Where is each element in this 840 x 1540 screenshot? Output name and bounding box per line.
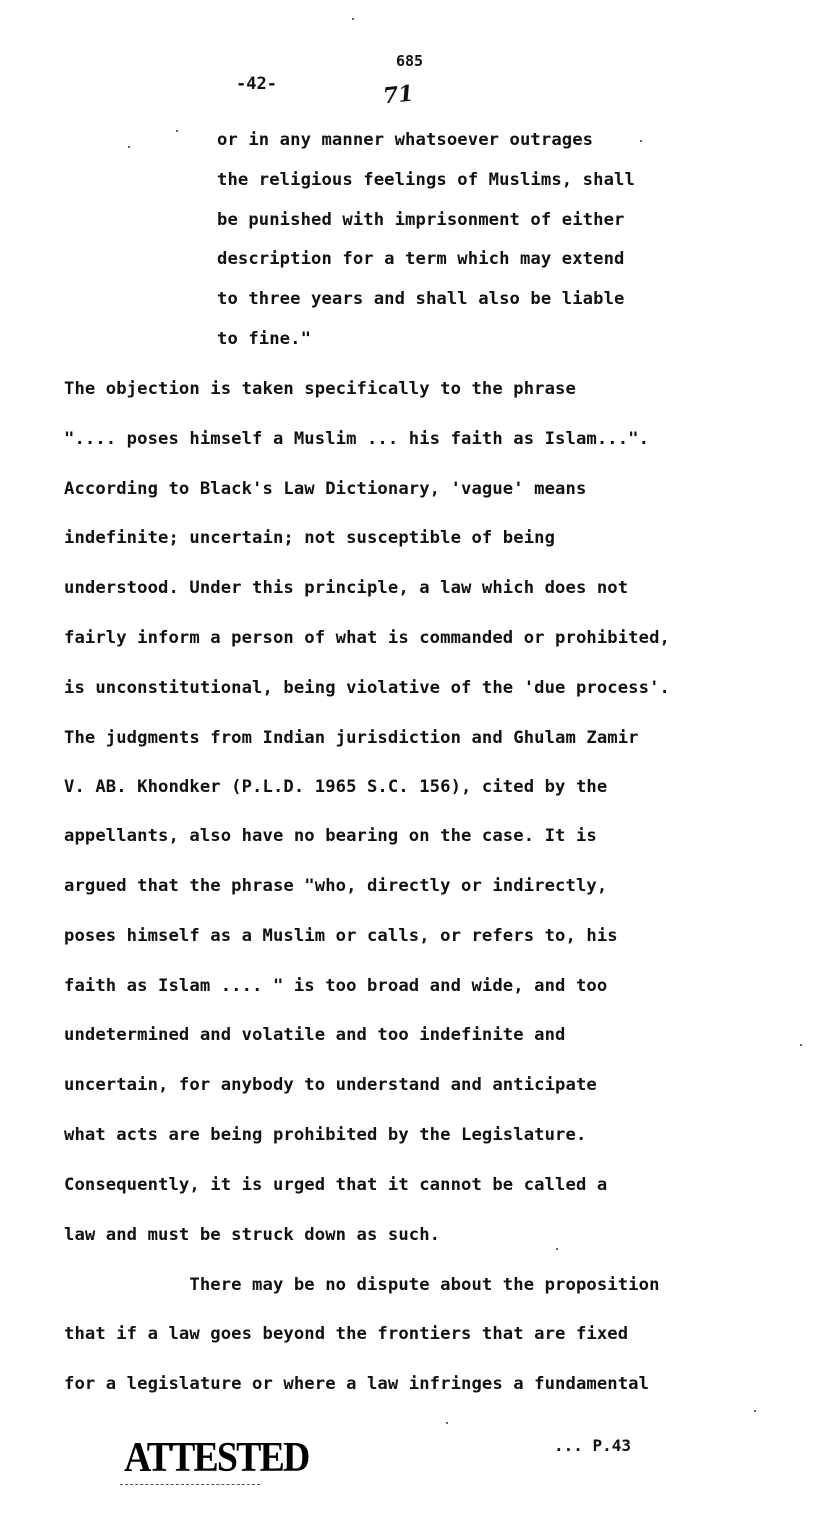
scan-speck [754, 1410, 756, 1412]
quoted-line: the religious feelings of Muslims, shall [217, 170, 635, 190]
body-line: is unconstitutional, being violative of … [64, 678, 670, 698]
scan-speck [176, 130, 178, 132]
body-line: undetermined and volatile and too indefi… [64, 1025, 566, 1045]
continuation-marker: ... P.43 [554, 1436, 631, 1455]
body-line: ".... poses himself a Muslim ... his fai… [64, 429, 649, 449]
body-line: law and must be struck down as such. [64, 1225, 440, 1245]
body-line: The objection is taken specifically to t… [64, 379, 576, 399]
quoted-line: to fine." [217, 329, 311, 349]
body-line: According to Black's Law Dictionary, 'va… [64, 479, 586, 499]
body-line: indefinite; uncertain; not susceptible o… [64, 528, 555, 548]
body-line: uncertain, for anybody to understand and… [64, 1075, 597, 1095]
body-line: understood. Under this principle, a law … [64, 578, 628, 598]
body-line: Consequently, it is urged that it cannot… [64, 1175, 607, 1195]
body-line: There may be no dispute about the propos… [64, 1275, 660, 1295]
scan-speck [800, 1044, 802, 1046]
scan-speck [128, 146, 130, 148]
handwritten-mark: 71 [382, 80, 415, 109]
body-line: for a legislature or where a law infring… [64, 1374, 649, 1394]
attested-stamp: ATTESTED [124, 1434, 308, 1482]
scan-speck [556, 1248, 558, 1250]
quoted-line: or in any manner whatsoever outrages [217, 130, 593, 150]
body-line: what acts are being prohibited by the Le… [64, 1125, 586, 1145]
body-line: poses himself as a Muslim or calls, or r… [64, 926, 618, 946]
body-line: that if a law goes beyond the frontiers … [64, 1324, 628, 1344]
document-page: -42- 685 71 or in any manner whatsoever … [0, 0, 840, 1540]
quoted-line: be punished with imprisonment of either [217, 210, 624, 230]
stamp-number: 685 [396, 52, 423, 70]
scan-speck [352, 18, 354, 20]
body-line: V. AB. Khondker (P.L.D. 1965 S.C. 156), … [64, 777, 607, 797]
body-line: faith as Islam .... " is too broad and w… [64, 976, 607, 996]
quoted-line: description for a term which may extend [217, 249, 624, 269]
stamp-underline [120, 1484, 260, 1486]
scan-speck [446, 1422, 448, 1424]
body-line: The judgments from Indian jurisdiction a… [64, 728, 639, 748]
body-line: fairly inform a person of what is comman… [64, 628, 670, 648]
quoted-line: to three years and shall also be liable [217, 289, 624, 309]
body-line: argued that the phrase "who, directly or… [64, 876, 607, 896]
body-line: appellants, also have no bearing on the … [64, 826, 597, 846]
page-number: -42- [236, 74, 277, 94]
scan-speck [640, 140, 642, 142]
